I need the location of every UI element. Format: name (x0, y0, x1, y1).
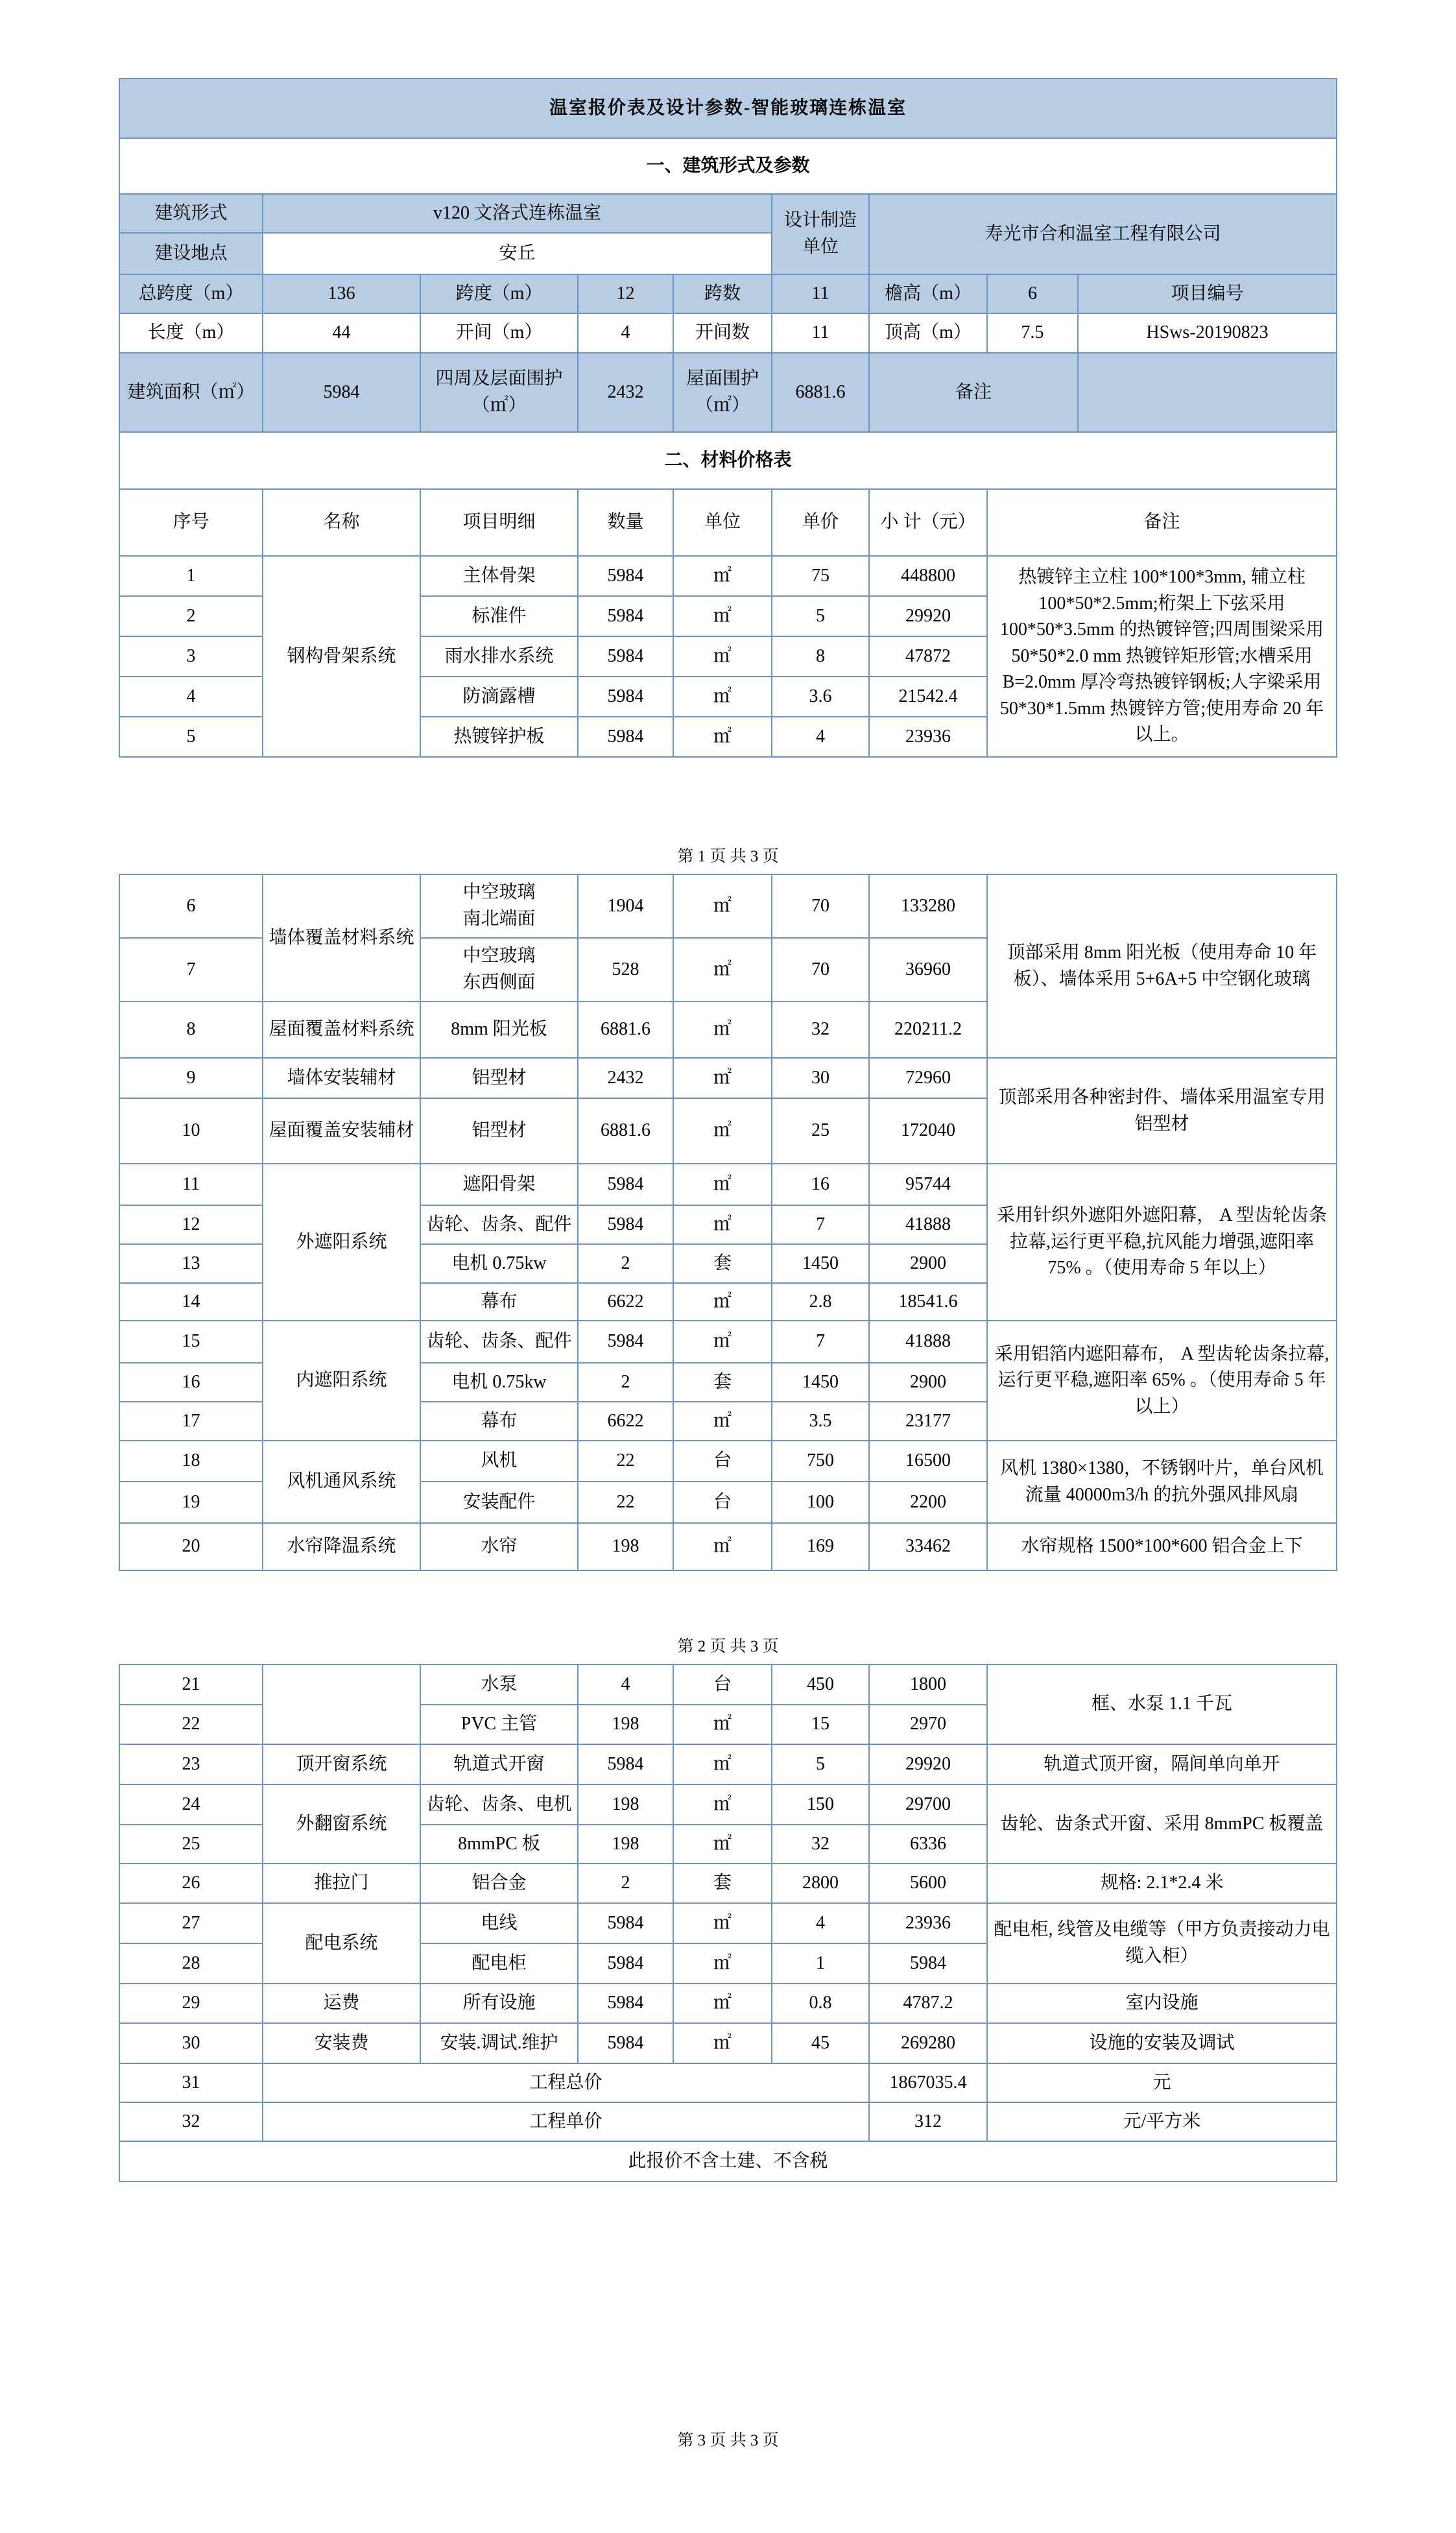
material-row: 15 内遮阳系统 齿轮、齿条、配件 5984 ㎡ 7 41888 采用铝箔内遮阳… (119, 1321, 1337, 1363)
param-label: 长度（m） (119, 313, 263, 353)
param-value: 136 (263, 274, 420, 313)
cell-price: 32 (772, 1825, 869, 1864)
cell-unit: ㎡ (673, 717, 772, 757)
cell-item: 遮阳骨架 (420, 1164, 578, 1205)
cell-price: 7 (772, 1321, 869, 1363)
cell-qty: 5984 (578, 596, 673, 636)
cell-price: 169 (772, 1523, 869, 1570)
cell-note: 设施的安装及调试 (987, 2023, 1337, 2063)
column-header-subtotal: 小 计（元） (869, 489, 987, 556)
cell-price: 450 (772, 1664, 869, 1705)
cell-item: 标准件 (420, 596, 578, 636)
cell-qty: 528 (578, 938, 673, 1002)
cell-item: 电机 0.75kw (420, 1244, 578, 1283)
material-row: 26 推拉门 铝合金 2 套 2800 5600 规格: 2.1*2.4 米 (119, 1864, 1337, 1903)
cell-no: 25 (119, 1825, 263, 1864)
cell-unit: ㎡ (673, 1903, 772, 1943)
cell-no: 20 (119, 1523, 263, 1570)
cell-group-name: 内遮阳系统 (263, 1321, 420, 1441)
total-label: 工程单价 (263, 2102, 869, 2141)
cell-no: 8 (119, 1002, 263, 1058)
cell-subtotal: 5600 (869, 1864, 987, 1903)
cell-subtotal: 41888 (869, 1205, 987, 1244)
remark-label: 备注 (869, 353, 1078, 432)
cell-qty: 5984 (578, 1321, 673, 1363)
cell-note: 风机 1380×1380，不锈钢叶片，单台风机流量 40000m3/h 的抗外强… (987, 1441, 1337, 1523)
param-value: 6 (987, 274, 1078, 313)
cell-unit: ㎡ (673, 596, 772, 636)
cell-price: 2800 (772, 1864, 869, 1903)
cell-price: 4 (772, 1903, 869, 1943)
cell-qty: 22 (578, 1482, 673, 1523)
cell-note: 采用针织外遮阳外遮阳幕， A 型齿轮齿条拉幕,运行更平稳,抗风能力增强,遮阳率 … (987, 1164, 1337, 1321)
cell-group-name: 配电系统 (263, 1903, 420, 1984)
material-row: 20 水帘降温系统 水帘 198 ㎡ 169 33462 水帘规格 1500*1… (119, 1523, 1337, 1570)
cell-item: 中空玻璃 南北端面 (420, 874, 578, 938)
param-value: 11 (772, 313, 869, 353)
material-row: 30 安装费 安装.调试.维护 5984 ㎡ 45 269280 设施的安装及调… (119, 2023, 1337, 2063)
cell-unit: ㎡ (673, 556, 772, 596)
cell-qty: 5984 (578, 2023, 673, 2063)
material-row: 6 墙体覆盖材料系统 中空玻璃 南北端面 1904 ㎡ 70 133280 顶部… (119, 874, 1337, 938)
material-row: 9 墙体安装辅材 铝型材 2432 ㎡ 30 72960 顶部采用各种密封件、墙… (119, 1058, 1337, 1098)
cell-price: 7 (772, 1205, 869, 1244)
param-value: 7.5 (987, 313, 1078, 353)
cell-price: 1450 (772, 1363, 869, 1402)
cell-unit: ㎡ (673, 1523, 772, 1570)
cell-unit: ㎡ (673, 874, 772, 938)
cell-group-name: 墙体安装辅材 (263, 1058, 420, 1098)
cell-price: 3.6 (772, 677, 869, 717)
quotation-table-page-1: 温室报价表及设计参数-智能玻璃连栋温室 一、建筑形式及参数 建筑形式 v120 … (119, 78, 1337, 758)
total-unit: 元/平方米 (987, 2102, 1337, 2141)
cell-unit: ㎡ (673, 1825, 772, 1864)
cell-qty: 5984 (578, 1205, 673, 1244)
cell-no: 16 (119, 1363, 263, 1402)
cell-price: 75 (772, 556, 869, 596)
cell-item: 齿轮、齿条、配件 (420, 1205, 578, 1244)
cell-item: 8mmPC 板 (420, 1825, 578, 1864)
cell-item: PVC 主管 (420, 1705, 578, 1744)
cell-no: 19 (119, 1482, 263, 1523)
cell-note: 规格: 2.1*2.4 米 (987, 1864, 1337, 1903)
column-header-name: 名称 (263, 489, 420, 556)
cell-price: 45 (772, 2023, 869, 2063)
cell-group-name: 推拉门 (263, 1864, 420, 1903)
cell-note: 轨道式顶开窗，隔间单向单开 (987, 1744, 1337, 1784)
param-value: 4 (578, 313, 673, 353)
cell-no: 5 (119, 717, 263, 757)
cell-subtotal: 95744 (869, 1164, 987, 1205)
cell-price: 30 (772, 1058, 869, 1098)
cell-subtotal: 23936 (869, 717, 987, 757)
total-label: 工程总价 (263, 2063, 869, 2102)
disclaimer-note: 此报价不含土建、不含税 (119, 2141, 1337, 2181)
cell-price: 8 (772, 636, 869, 677)
cell-group-name: 水帘降温系统 (263, 1523, 420, 1570)
cell-subtotal: 18541.6 (869, 1283, 987, 1321)
cell-subtotal: 6336 (869, 1825, 987, 1864)
cell-subtotal: 2900 (869, 1363, 987, 1402)
param-label: 跨数 (673, 274, 772, 313)
cell-price: 2.8 (772, 1283, 869, 1321)
cell-note: 顶部采用 8mm 阳光板（使用寿命 10 年板）、墙体采用 5+6A+5 中空钢… (987, 874, 1337, 1058)
param-label: 屋面围护 （㎡） (673, 353, 772, 432)
column-header-qty: 数量 (578, 489, 673, 556)
cell-no: 9 (119, 1058, 263, 1098)
cell-unit: 套 (673, 1363, 772, 1402)
param-value: 11 (772, 274, 869, 313)
cell-group-name: 屋面覆盖材料系统 (263, 1002, 420, 1058)
cell-no: 14 (119, 1283, 263, 1321)
cell-subtotal: 36960 (869, 938, 987, 1002)
cell-qty: 5984 (578, 556, 673, 596)
cell-subtotal: 172040 (869, 1098, 987, 1164)
cell-unit: ㎡ (673, 1784, 772, 1825)
cell-group-name: 钢构骨架系统 (263, 556, 420, 757)
cell-item: 铝合金 (420, 1864, 578, 1903)
cell-unit: ㎡ (673, 1002, 772, 1058)
manufacturer-name: 寿光市合和温室工程有限公司 (869, 194, 1337, 274)
cell-qty: 2 (578, 1363, 673, 1402)
cell-subtotal: 220211.2 (869, 1002, 987, 1058)
cell-no: 22 (119, 1705, 263, 1744)
cell-item: 电线 (420, 1903, 578, 1943)
design-unit-label: 设计制造 单位 (772, 194, 869, 274)
cell-qty: 5984 (578, 636, 673, 677)
param-row-2: 长度（m） 44 开间（m） 4 开间数 11 顶高（m） 7.5 HSws-2… (119, 313, 1337, 353)
cell-no: 7 (119, 938, 263, 1002)
cell-unit: 套 (673, 1244, 772, 1283)
cell-unit: 台 (673, 1441, 772, 1482)
cell-note: 采用铝箔内遮阳幕布， A 型齿轮齿条拉幕,运行更平稳,遮阳率 65% 。（使用寿… (987, 1321, 1337, 1441)
cell-qty: 198 (578, 1705, 673, 1744)
cell-no: 10 (119, 1098, 263, 1164)
cell-no: 11 (119, 1164, 263, 1205)
cell-price: 70 (772, 938, 869, 1002)
cell-qty: 2432 (578, 1058, 673, 1098)
material-row: 29 运费 所有设施 5984 ㎡ 0.8 4787.2 室内设施 (119, 1984, 1337, 2023)
project-number: HSws-20190823 (1078, 313, 1337, 353)
cell-item: 铝型材 (420, 1058, 578, 1098)
building-form-value: v120 文洛式连栋温室 (263, 194, 772, 233)
cell-note: 齿轮、齿条式开窗、采用 8mmPC 板覆盖 (987, 1784, 1337, 1864)
cell-subtotal: 33462 (869, 1523, 987, 1570)
cell-qty: 6622 (578, 1283, 673, 1321)
cell-item: 雨水排水系统 (420, 636, 578, 677)
cell-no: 2 (119, 596, 263, 636)
param-label: 建筑面积（㎡） (119, 353, 263, 432)
param-value: 6881.6 (772, 353, 869, 432)
title-row: 温室报价表及设计参数-智能玻璃连栋温室 (119, 78, 1337, 138)
cell-unit: ㎡ (673, 2023, 772, 2063)
document-title: 温室报价表及设计参数-智能玻璃连栋温室 (119, 78, 1337, 138)
param-label: 四周及层面围护 （㎡） (420, 353, 578, 432)
param-value: 44 (263, 313, 420, 353)
cell-qty: 2 (578, 1244, 673, 1283)
cell-unit: ㎡ (673, 1058, 772, 1098)
cell-item: 安装.调试.维护 (420, 2023, 578, 2063)
cell-unit: ㎡ (673, 1943, 772, 1984)
cell-price: 100 (772, 1482, 869, 1523)
disclaimer-row: 此报价不含土建、不含税 (119, 2141, 1337, 2181)
cell-no: 26 (119, 1864, 263, 1903)
cell-no: 27 (119, 1903, 263, 1943)
cell-qty: 4 (578, 1664, 673, 1705)
material-row: 11 外遮阳系统 遮阳骨架 5984 ㎡ 16 95744 采用针织外遮阳外遮阳… (119, 1164, 1337, 1205)
material-row: 18 风机通风系统 风机 22 台 750 16500 风机 1380×1380… (119, 1441, 1337, 1482)
cell-no: 1 (119, 556, 263, 596)
cell-item: 安装配件 (420, 1482, 578, 1523)
cell-unit: 套 (673, 1864, 772, 1903)
param-label: 总跨度（m） (119, 274, 263, 313)
cell-item: 水帘 (420, 1523, 578, 1570)
cell-subtotal: 4787.2 (869, 1984, 987, 2023)
cell-group-name: 外遮阳系统 (263, 1164, 420, 1321)
cell-qty: 6622 (578, 1402, 673, 1441)
cell-no: 3 (119, 636, 263, 677)
cell-item: 铝型材 (420, 1098, 578, 1164)
cell-item: 风机 (420, 1441, 578, 1482)
cell-price: 5 (772, 1744, 869, 1784)
cell-qty: 6881.6 (578, 1002, 673, 1058)
cell-subtotal: 5984 (869, 1943, 987, 1984)
cell-item: 所有设施 (420, 1984, 578, 2023)
cell-subtotal: 23936 (869, 1903, 987, 1943)
cell-unit: ㎡ (673, 1321, 772, 1363)
cell-price: 5 (772, 596, 869, 636)
cell-item: 电机 0.75kw (420, 1363, 578, 1402)
cell-no: 28 (119, 1943, 263, 1984)
total-row: 31 工程总价 1867035.4 元 (119, 2063, 1337, 2102)
cell-price: 0.8 (772, 1984, 869, 2023)
page-footer-3: 第 3 页 共 3 页 (119, 2427, 1337, 2451)
cell-price: 150 (772, 1784, 869, 1825)
building-form-row: 建筑形式 v120 文洛式连栋温室 设计制造 单位 寿光市合和温室工程有限公司 (119, 194, 1337, 233)
cell-subtotal: 29920 (869, 596, 987, 636)
total-unit: 元 (987, 2063, 1337, 2102)
column-header-no: 序号 (119, 489, 263, 556)
cell-subtotal: 269280 (869, 2023, 987, 2063)
cell-price: 4 (772, 717, 869, 757)
cell-group-name: 墙体覆盖材料系统 (263, 874, 420, 1002)
param-label: 跨度（m） (420, 274, 578, 313)
cell-subtotal: 29700 (869, 1784, 987, 1825)
cell-item: 防滴露槽 (420, 677, 578, 717)
cell-group-name: 屋面覆盖安装辅材 (263, 1098, 420, 1164)
cell-no: 24 (119, 1784, 263, 1825)
cell-subtotal: 72960 (869, 1058, 987, 1098)
cell-item: 配电柜 (420, 1943, 578, 1984)
cell-qty: 5984 (578, 1903, 673, 1943)
cell-note: 水帘规格 1500*100*600 铝合金上下 (987, 1523, 1337, 1570)
cell-group-name: 风机通风系统 (263, 1441, 420, 1523)
cell-price: 1 (772, 1943, 869, 1984)
section-2-heading-row: 二、材料价格表 (119, 432, 1337, 489)
cell-no: 29 (119, 1984, 263, 2023)
cell-unit: ㎡ (673, 636, 772, 677)
cell-unit: ㎡ (673, 1205, 772, 1244)
cell-qty: 5984 (578, 1164, 673, 1205)
cell-price: 750 (772, 1441, 869, 1482)
cell-no: 17 (119, 1402, 263, 1441)
cell-price: 3.5 (772, 1402, 869, 1441)
cell-no: 23 (119, 1744, 263, 1784)
cell-unit: ㎡ (673, 1705, 772, 1744)
cell-subtotal: 2900 (869, 1244, 987, 1283)
cell-no: 12 (119, 1205, 263, 1244)
cell-no: 30 (119, 2023, 263, 2063)
cell-item: 齿轮、齿条、配件 (420, 1321, 578, 1363)
param-label: 项目编号 (1078, 274, 1337, 313)
cell-price: 25 (772, 1098, 869, 1164)
cell-no: 4 (119, 677, 263, 717)
cell-qty: 5984 (578, 1744, 673, 1784)
cell-unit: ㎡ (673, 1283, 772, 1321)
cell-item: 幕布 (420, 1402, 578, 1441)
page-footer-1: 第 1 页 共 3 页 (119, 843, 1337, 867)
cell-qty: 198 (578, 1523, 673, 1570)
cell-no: 6 (119, 874, 263, 938)
cell-subtotal: 448800 (869, 556, 987, 596)
remark-value-empty (1078, 353, 1337, 432)
cell-subtotal: 47872 (869, 636, 987, 677)
cell-unit: ㎡ (673, 1164, 772, 1205)
cell-item: 齿轮、齿条、电机 (420, 1784, 578, 1825)
cell-unit: ㎡ (673, 1744, 772, 1784)
param-label: 顶高（m） (869, 313, 987, 353)
cell-item: 幕布 (420, 1283, 578, 1321)
column-header-price: 单价 (772, 489, 869, 556)
cell-subtotal: 2970 (869, 1705, 987, 1744)
cell-subtotal: 21542.4 (869, 677, 987, 717)
cell-unit: ㎡ (673, 677, 772, 717)
cell-no: 21 (119, 1664, 263, 1705)
materials-header-row: 序号 名称 项目明细 数量 单位 单价 小 计（元） 备注 (119, 489, 1337, 556)
cell-group-name: 外翻窗系统 (263, 1784, 420, 1864)
cell-qty: 198 (578, 1825, 673, 1864)
total-value: 312 (869, 2102, 987, 2141)
cell-no: 13 (119, 1244, 263, 1283)
cell-subtotal: 1800 (869, 1664, 987, 1705)
material-row: 1 钢构骨架系统 主体骨架 5984 ㎡ 75 448800 热镀锌主立柱 10… (119, 556, 1337, 596)
material-row: 21 水泵 4 台 450 1800 框、水泵 1.1 千瓦 (119, 1664, 1337, 1705)
cell-no: 15 (119, 1321, 263, 1363)
quotation-table-page-2: 6 墙体覆盖材料系统 中空玻璃 南北端面 1904 ㎡ 70 133280 顶部… (119, 874, 1337, 1571)
material-row: 27 配电系统 电线 5984 ㎡ 4 23936 配电柜, 线管及电缆等（甲方… (119, 1903, 1337, 1943)
column-header-unit: 单位 (673, 489, 772, 556)
cell-no: 31 (119, 2063, 263, 2102)
column-header-note: 备注 (987, 489, 1337, 556)
cell-no: 32 (119, 2102, 263, 2141)
total-value: 1867035.4 (869, 2063, 987, 2102)
cell-unit: 台 (673, 1664, 772, 1705)
cell-item: 主体骨架 (420, 556, 578, 596)
cell-group-name: 安装费 (263, 2023, 420, 2063)
cell-subtotal: 23177 (869, 1402, 987, 1441)
cell-qty: 22 (578, 1441, 673, 1482)
cell-qty: 2 (578, 1864, 673, 1903)
cell-note: 热镀锌主立柱 100*100*3mm, 辅立柱 100*50*2.5mm;桁架上… (987, 556, 1337, 757)
cell-unit: ㎡ (673, 1402, 772, 1441)
cell-price: 1450 (772, 1244, 869, 1283)
cell-note: 配电柜, 线管及电缆等（甲方负责接动力电缆入柜） (987, 1903, 1337, 1984)
param-label: 开间数 (673, 313, 772, 353)
cell-group-name (263, 1664, 420, 1744)
cell-price: 70 (772, 874, 869, 938)
cell-item: 轨道式开窗 (420, 1744, 578, 1784)
param-value: 2432 (578, 353, 673, 432)
param-value: 5984 (263, 353, 420, 432)
location-label: 建设地点 (119, 233, 263, 274)
cell-no: 18 (119, 1441, 263, 1482)
cell-unit: 台 (673, 1482, 772, 1523)
cell-note: 框、水泵 1.1 千瓦 (987, 1664, 1337, 1744)
quotation-sheet: 温室报价表及设计参数-智能玻璃连栋温室 一、建筑形式及参数 建筑形式 v120 … (119, 0, 1337, 2533)
cell-item: 热镀锌护板 (420, 717, 578, 757)
cell-qty: 5984 (578, 677, 673, 717)
cell-unit: ㎡ (673, 938, 772, 1002)
cell-item: 8mm 阳光板 (420, 1002, 578, 1058)
cell-subtotal: 41888 (869, 1321, 987, 1363)
cell-qty: 1904 (578, 874, 673, 938)
cell-group-name: 顶开窗系统 (263, 1744, 420, 1784)
cell-subtotal: 29920 (869, 1744, 987, 1784)
param-value: 12 (578, 274, 673, 313)
page-footer-2: 第 2 页 共 3 页 (119, 1633, 1337, 1657)
param-row-3: 建筑面积（㎡） 5984 四周及层面围护 （㎡） 2432 屋面围护 （㎡） 6… (119, 353, 1337, 432)
cell-item: 中空玻璃 东西侧面 (420, 938, 578, 1002)
section-heading-1: 一、建筑形式及参数 (119, 138, 1337, 194)
section-1-heading-row: 一、建筑形式及参数 (119, 138, 1337, 194)
cell-unit: ㎡ (673, 1984, 772, 2023)
cell-qty: 6881.6 (578, 1098, 673, 1164)
total-row: 32 工程单价 312 元/平方米 (119, 2102, 1337, 2141)
section-heading-2: 二、材料价格表 (119, 432, 1337, 489)
cell-note: 顶部采用各种密封件、墙体采用温室专用铝型材 (987, 1058, 1337, 1164)
building-form-label: 建筑形式 (119, 194, 263, 233)
cell-qty: 198 (578, 1784, 673, 1825)
param-row-1: 总跨度（m） 136 跨度（m） 12 跨数 11 檐高（m） 6 项目编号 (119, 274, 1337, 313)
material-row: 23 顶开窗系统 轨道式开窗 5984 ㎡ 5 29920 轨道式顶开窗，隔间单… (119, 1744, 1337, 1784)
column-header-item: 项目明细 (420, 489, 578, 556)
cell-note: 室内设施 (987, 1984, 1337, 2023)
cell-group-name: 运费 (263, 1984, 420, 2023)
cell-subtotal: 133280 (869, 874, 987, 938)
param-label: 开间（m） (420, 313, 578, 353)
quotation-table-page-3: 21 水泵 4 台 450 1800 框、水泵 1.1 千瓦 22 PVC 主管… (119, 1664, 1337, 2182)
cell-subtotal: 16500 (869, 1441, 987, 1482)
cell-qty: 5984 (578, 1984, 673, 2023)
cell-price: 15 (772, 1705, 869, 1744)
cell-price: 32 (772, 1002, 869, 1058)
cell-unit: ㎡ (673, 1098, 772, 1164)
cell-subtotal: 2200 (869, 1482, 987, 1523)
cell-qty: 5984 (578, 1943, 673, 1984)
param-label: 檐高（m） (869, 274, 987, 313)
location-value: 安丘 (263, 233, 772, 274)
cell-qty: 5984 (578, 717, 673, 757)
cell-price: 16 (772, 1164, 869, 1205)
material-row: 24 外翻窗系统 齿轮、齿条、电机 198 ㎡ 150 29700 齿轮、齿条式… (119, 1784, 1337, 1825)
cell-item: 水泵 (420, 1664, 578, 1705)
